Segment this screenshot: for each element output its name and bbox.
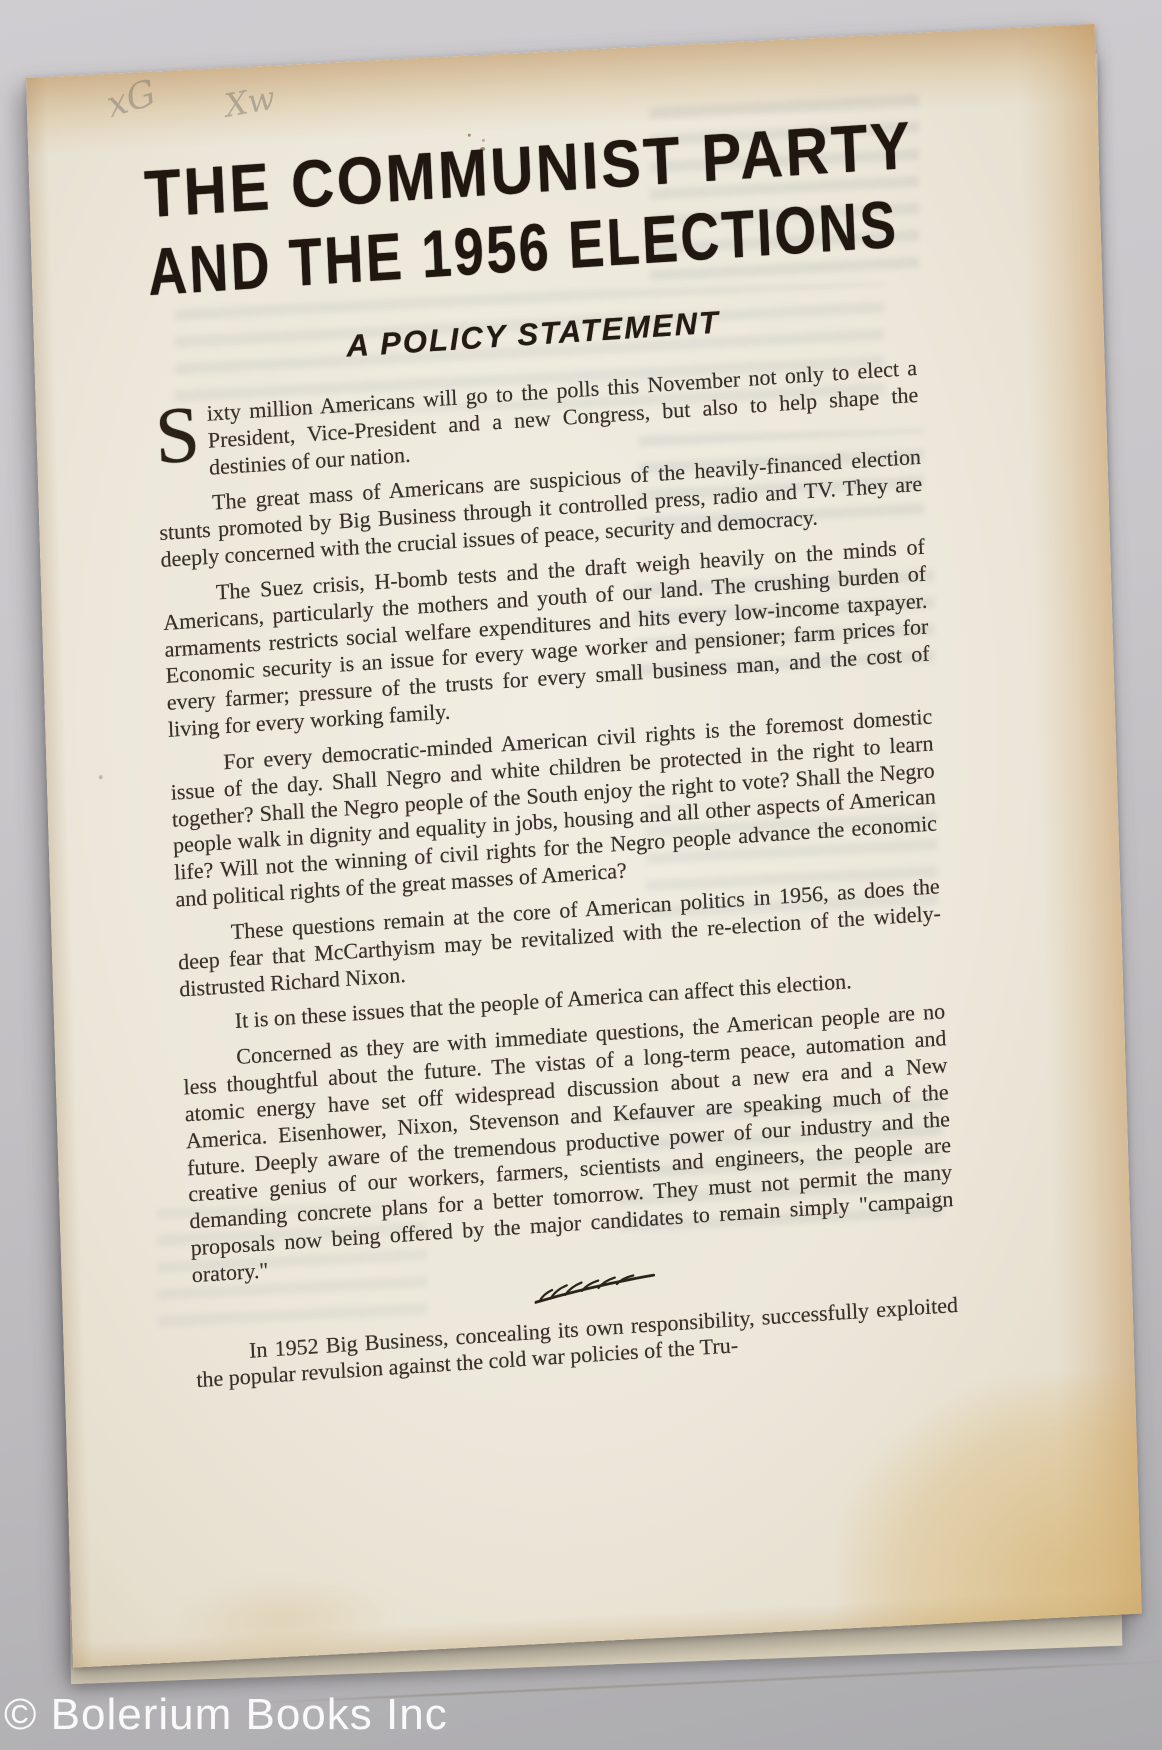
page-title: THE COMMUNIST PARTY AND THE 1956 ELECTIO… [143, 106, 912, 311]
photo-backdrop: xG Xw THE COMMUNIST PARTY AND THE 1956 E… [0, 0, 1162, 1750]
pamphlet-page: xG Xw THE COMMUNIST PARTY AND THE 1956 E… [26, 24, 1142, 1668]
corner-stain [835, 1372, 1142, 1649]
page-subtitle: A POLICY STATEMENT [346, 305, 721, 365]
fern-leaf-ornament-icon [489, 1268, 660, 1316]
page-content: THE COMMUNIST PARTY AND THE 1956 ELECTIO… [26, 24, 960, 1402]
drop-cap: S [154, 401, 209, 466]
watermark: © Bolerium Books Inc [4, 1690, 448, 1740]
paragraph: Concerned as they are with immediate que… [182, 998, 955, 1289]
body-text: Sixty million Americans will go to the p… [154, 355, 960, 1394]
